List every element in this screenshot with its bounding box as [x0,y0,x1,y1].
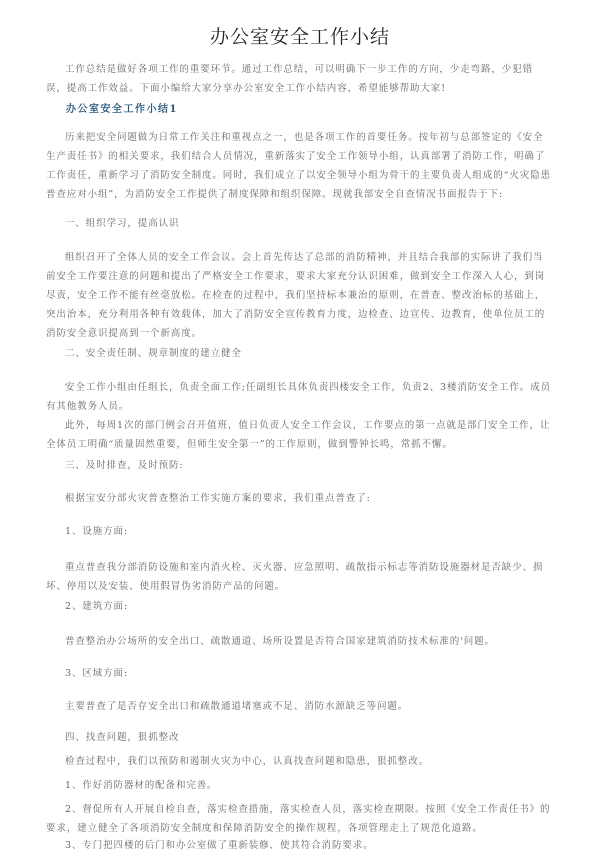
subheading: 四、找查问题，狠抓整改 [46,728,552,747]
subheading: 2、建筑方面: [46,597,552,616]
list-item: 1、作好消防器材的配备和完善。 [46,776,552,795]
section-heading: 办公室安全工作小结1 [66,100,178,115]
paragraph: 此外，每周1次的部门例会召开值班，值日负责人安全工作会议，工作要点的第一点就是部… [46,416,552,454]
subheading: 二、安全责任制、规章制度的建立健全 [46,344,552,363]
paragraph: 根据宝安分部火灾普查整治工作实施方案的要求，我们重点普查了: [46,489,552,508]
document-title: 办公室安全工作小结 [0,22,600,49]
paragraph: 重点普查我分部消防设施和室内消火栓、灭火器、应急照明、疏散指示标志等消防设施器材… [46,558,552,596]
subheading: 一、组织学习，提高认识 [46,214,552,233]
paragraph: 组织召开了全体人员的安全工作会议。会上首先传达了总部的消防精神，并且结合我部的实… [46,248,552,343]
paragraph: 检查过程中，我们以预防和遏制火灾为中心，认真找查问题和隐患，狠抓整改。 [46,752,552,771]
subheading: 1、设施方面: [46,522,552,541]
paragraph: 主要普查了是否存安全出口和疏散通道堵塞或不足、消防水源缺乏等问题。 [46,697,552,716]
subheading: 3、区域方面: [46,664,552,683]
document-page: 办公室安全工作小结 工作总结是做好各项工作的重要环节。通过工作总结，可以明确下一… [0,0,600,849]
subheading: 三、及时排查，及时预防: [46,456,552,475]
list-item: 3、专门把四楼的后门和办公室做了重新装修，使其符合消防要求。 [46,836,552,849]
paragraph: 安全工作小组由任组长，负责全面工作;任副组长具体负责四楼安全工作，负责2、3楼消… [46,378,552,416]
intro-paragraph: 工作总结是做好各项工作的重要环节。通过工作总结，可以明确下一步工作的方向，少走弯… [46,60,552,98]
paragraph: 普查整治办公场所的安全出口、疏散通道、场所设置是否符合国家建筑消防技术标准的'问… [46,632,552,651]
paragraph: 历来把安全问题做为日常工作关注和重视点之一，也是各项工作的首要任务。按年初与总部… [46,128,552,204]
list-item: 2、督促所有人开展自检自查，落实检查措施，落实检查人员，落实检查期限。按照《安全… [46,800,552,838]
